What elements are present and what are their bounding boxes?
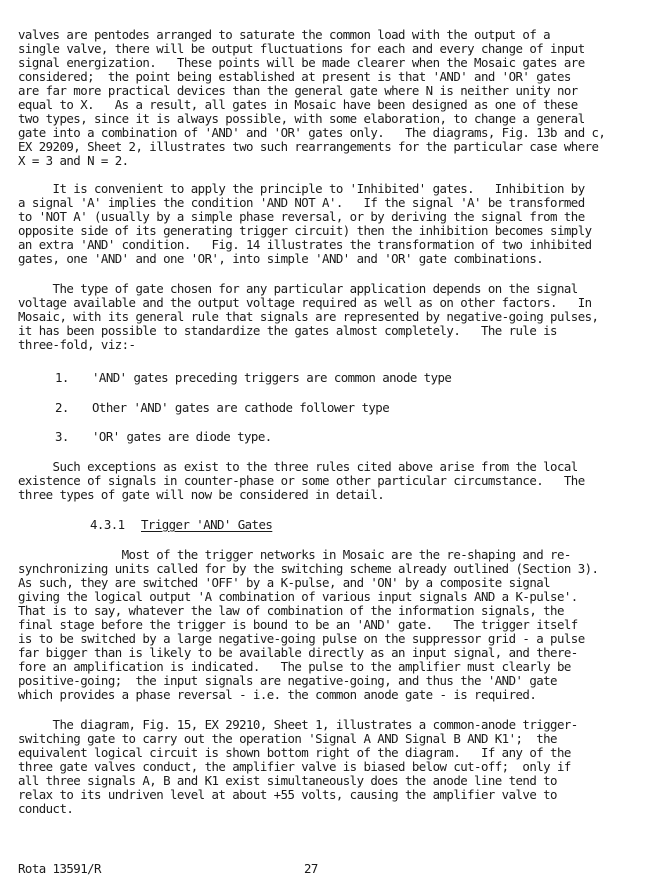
rule-number: 2.	[55, 401, 69, 415]
text-line: existence of signals in counter-phase or…	[18, 474, 585, 488]
text-line: equivalent logical circuit is shown bott…	[18, 746, 571, 760]
text-line: is to be switched by a large negative-go…	[18, 632, 585, 646]
rule-text: 'OR' gates are diode type.	[92, 430, 272, 444]
section-title: Trigger 'AND' Gates	[141, 518, 272, 532]
text-line: It is convenient to apply the principle …	[18, 182, 585, 196]
text-line: positive-going; the input signals are ne…	[18, 674, 557, 688]
text-line: The type of gate chosen for any particul…	[18, 282, 578, 296]
text-line: Mosaic, with its general rule that signa…	[18, 310, 598, 324]
text-line: an extra 'AND' condition. Fig. 14 illust…	[18, 238, 592, 252]
text-line: it has been possible to standardize the …	[18, 324, 557, 338]
rule-number: 1.	[55, 371, 69, 385]
page-number: 27	[304, 862, 318, 876]
text-line: three types of gate will now be consider…	[18, 488, 384, 502]
section-number: 4.3.1	[90, 518, 125, 532]
text-line: giving the logical output 'A combination…	[18, 590, 578, 604]
text-line: That is to say, whatever the law of comb…	[18, 604, 564, 618]
text-line: considered; the point being established …	[18, 70, 571, 84]
text-line: valves are pentodes arranged to saturate…	[18, 28, 550, 42]
rule-text: Other 'AND' gates are cathode follower t…	[92, 401, 389, 415]
text-line: X = 3 and N = 2.	[18, 154, 129, 168]
text-line: The diagram, Fig. 15, EX 29210, Sheet 1,…	[18, 718, 578, 732]
text-line: conduct.	[18, 802, 73, 816]
text-line: switching gate to carry out the operatio…	[18, 732, 557, 746]
text-line: gate into a combination of 'AND' and 'OR…	[18, 126, 605, 140]
text-line: relax to its undriven level at about +55…	[18, 788, 557, 802]
document-reference: Rota 13591/R	[18, 862, 101, 876]
text-line: voltage available and the output voltage…	[18, 296, 592, 310]
text-line: final stage before the trigger is bound …	[18, 618, 578, 632]
text-line: three-fold, viz:-	[18, 338, 135, 352]
text-line: three gate valves conduct, the amplifier…	[18, 760, 571, 774]
text-line: Such exceptions as exist to the three ru…	[18, 460, 578, 474]
text-line: As such, they are switched 'OFF' by a K-…	[18, 576, 550, 590]
text-line: single valve, there will be output fluct…	[18, 42, 585, 56]
text-line: are far more practical devices than the …	[18, 84, 578, 98]
text-line: fore an amplification is indicated. The …	[18, 660, 571, 674]
text-line: two types, since it is always possible, …	[18, 112, 585, 126]
rule-number: 3.	[55, 430, 69, 444]
text-line: all three signals A, B and K1 exist simu…	[18, 774, 557, 788]
text-line: a signal 'A' implies the condition 'AND …	[18, 196, 585, 210]
text-line: to 'NOT A' (usually by a simple phase re…	[18, 210, 585, 224]
text-line: opposite side of its generating trigger …	[18, 224, 592, 238]
text-line: gates, one 'AND' and one 'OR', into simp…	[18, 252, 543, 266]
text-line: Most of the trigger networks in Mosaic a…	[18, 548, 571, 562]
rule-text: 'AND' gates preceding triggers are commo…	[92, 371, 451, 385]
text-line: synchronizing units called for by the sw…	[18, 562, 598, 576]
text-line: far bigger than is likely to be availabl…	[18, 646, 578, 660]
text-line: signal energization. These points will b…	[18, 56, 585, 70]
document-page: valves are pentodes arranged to saturate…	[0, 0, 650, 890]
text-line: which provides a phase reversal - i.e. t…	[18, 688, 536, 702]
text-line: EX 29209, Sheet 2, illustrates two such …	[18, 140, 598, 154]
text-line: equal to X. As a result, all gates in Mo…	[18, 98, 578, 112]
